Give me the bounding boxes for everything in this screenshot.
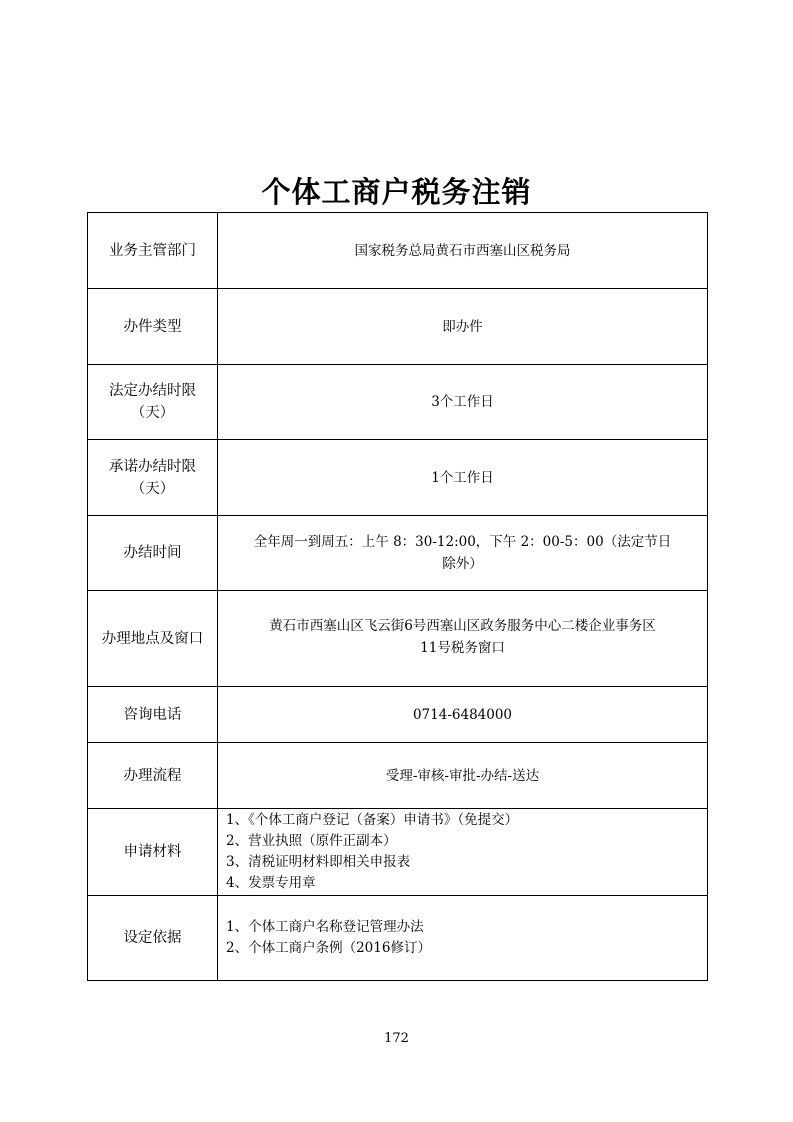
row-label: 业务主管部门 xyxy=(88,213,218,289)
label-line: 承诺办结时限 xyxy=(88,456,217,478)
table-row-phone: 咨询电话 0714-6484000 xyxy=(88,687,708,743)
label-line: （天） xyxy=(88,478,217,500)
label-line: （天） xyxy=(88,402,217,424)
value-line: 黄石市西塞山区飞云街6号西塞山区政务服务中心二楼企业事务区 xyxy=(218,615,707,637)
page-number: 172 xyxy=(0,1031,793,1046)
row-value: 0714-6484000 xyxy=(218,687,708,743)
table-row-materials: 申请材料 1、《个体工商户登记（备案）申请书》（免提交） 2、营业执照（原件正副… xyxy=(88,809,708,896)
row-value: 1个工作日 xyxy=(218,440,708,516)
value-line: 全年周一到周五：上午 8：30-12:00，下午 2：00-5：00（法定节日 xyxy=(218,531,707,553)
value-line: 11号税务窗口 xyxy=(218,637,707,659)
table-row-department: 业务主管部门 国家税务总局黄石市西塞山区税务局 xyxy=(88,213,708,289)
table-row-legal-basis: 设定依据 1、个体工商户名称登记管理办法 2、个体工商户条例（2016修订） xyxy=(88,896,708,981)
row-label: 办理地点及窗口 xyxy=(88,591,218,687)
value-line: 3个工作日 xyxy=(218,391,707,413)
document-title: 个体工商户税务注销 xyxy=(0,172,793,212)
value-line: 国家税务总局黄石市西塞山区税务局 xyxy=(218,240,707,262)
value-line: 1、个体工商户名称登记管理办法 xyxy=(226,917,707,938)
row-value: 3个工作日 xyxy=(218,365,708,440)
row-label: 申请材料 xyxy=(88,809,218,896)
row-value: 国家税务总局黄石市西塞山区税务局 xyxy=(218,213,708,289)
table-row-case-type: 办件类型 即办件 xyxy=(88,289,708,365)
row-value: 黄石市西塞山区飞云街6号西塞山区政务服务中心二楼企业事务区 11号税务窗口 xyxy=(218,591,708,687)
row-label: 设定依据 xyxy=(88,896,218,981)
table-row-process: 办理流程 受理-审核-审批-办结-送达 xyxy=(88,743,708,809)
row-value: 即办件 xyxy=(218,289,708,365)
row-value: 受理-审核-审批-办结-送达 xyxy=(218,743,708,809)
row-label: 法定办结时限 （天） xyxy=(88,365,218,440)
service-info-table: 业务主管部门 国家税务总局黄石市西塞山区税务局 办件类型 即办件 法定办结时限 … xyxy=(87,212,708,981)
table-row-office-hours: 办结时间 全年周一到周五：上午 8：30-12:00，下午 2：00-5：00（… xyxy=(88,516,708,591)
table-row-location: 办理地点及窗口 黄石市西塞山区飞云街6号西塞山区政务服务中心二楼企业事务区 11… xyxy=(88,591,708,687)
value-line: 2、个体工商户条例（2016修订） xyxy=(226,938,707,959)
value-line: 0714-6484000 xyxy=(218,704,707,726)
row-value: 1、个体工商户名称登记管理办法 2、个体工商户条例（2016修订） xyxy=(218,896,708,981)
table-row-promised-time-limit: 承诺办结时限 （天） 1个工作日 xyxy=(88,440,708,516)
value-line: 受理-审核-审批-办结-送达 xyxy=(218,765,707,787)
label-line: 法定办结时限 xyxy=(88,380,217,402)
value-line: 1个工作日 xyxy=(218,467,707,489)
row-value: 1、《个体工商户登记（备案）申请书》（免提交） 2、营业执照（原件正副本） 3、… xyxy=(218,809,708,896)
row-label: 承诺办结时限 （天） xyxy=(88,440,218,516)
table-row-legal-time-limit: 法定办结时限 （天） 3个工作日 xyxy=(88,365,708,440)
row-label: 办理流程 xyxy=(88,743,218,809)
value-line: 1、《个体工商户登记（备案）申请书》（免提交） xyxy=(226,810,707,831)
row-label: 办件类型 xyxy=(88,289,218,365)
row-value: 全年周一到周五：上午 8：30-12:00，下午 2：00-5：00（法定节日 … xyxy=(218,516,708,591)
value-line: 4、发票专用章 xyxy=(226,873,707,894)
value-line: 除外） xyxy=(218,553,707,575)
value-line: 2、营业执照（原件正副本） xyxy=(226,831,707,852)
row-label: 办结时间 xyxy=(88,516,218,591)
value-line: 3、清税证明材料即相关申报表 xyxy=(226,852,707,873)
row-label: 咨询电话 xyxy=(88,687,218,743)
value-line: 即办件 xyxy=(218,316,707,338)
